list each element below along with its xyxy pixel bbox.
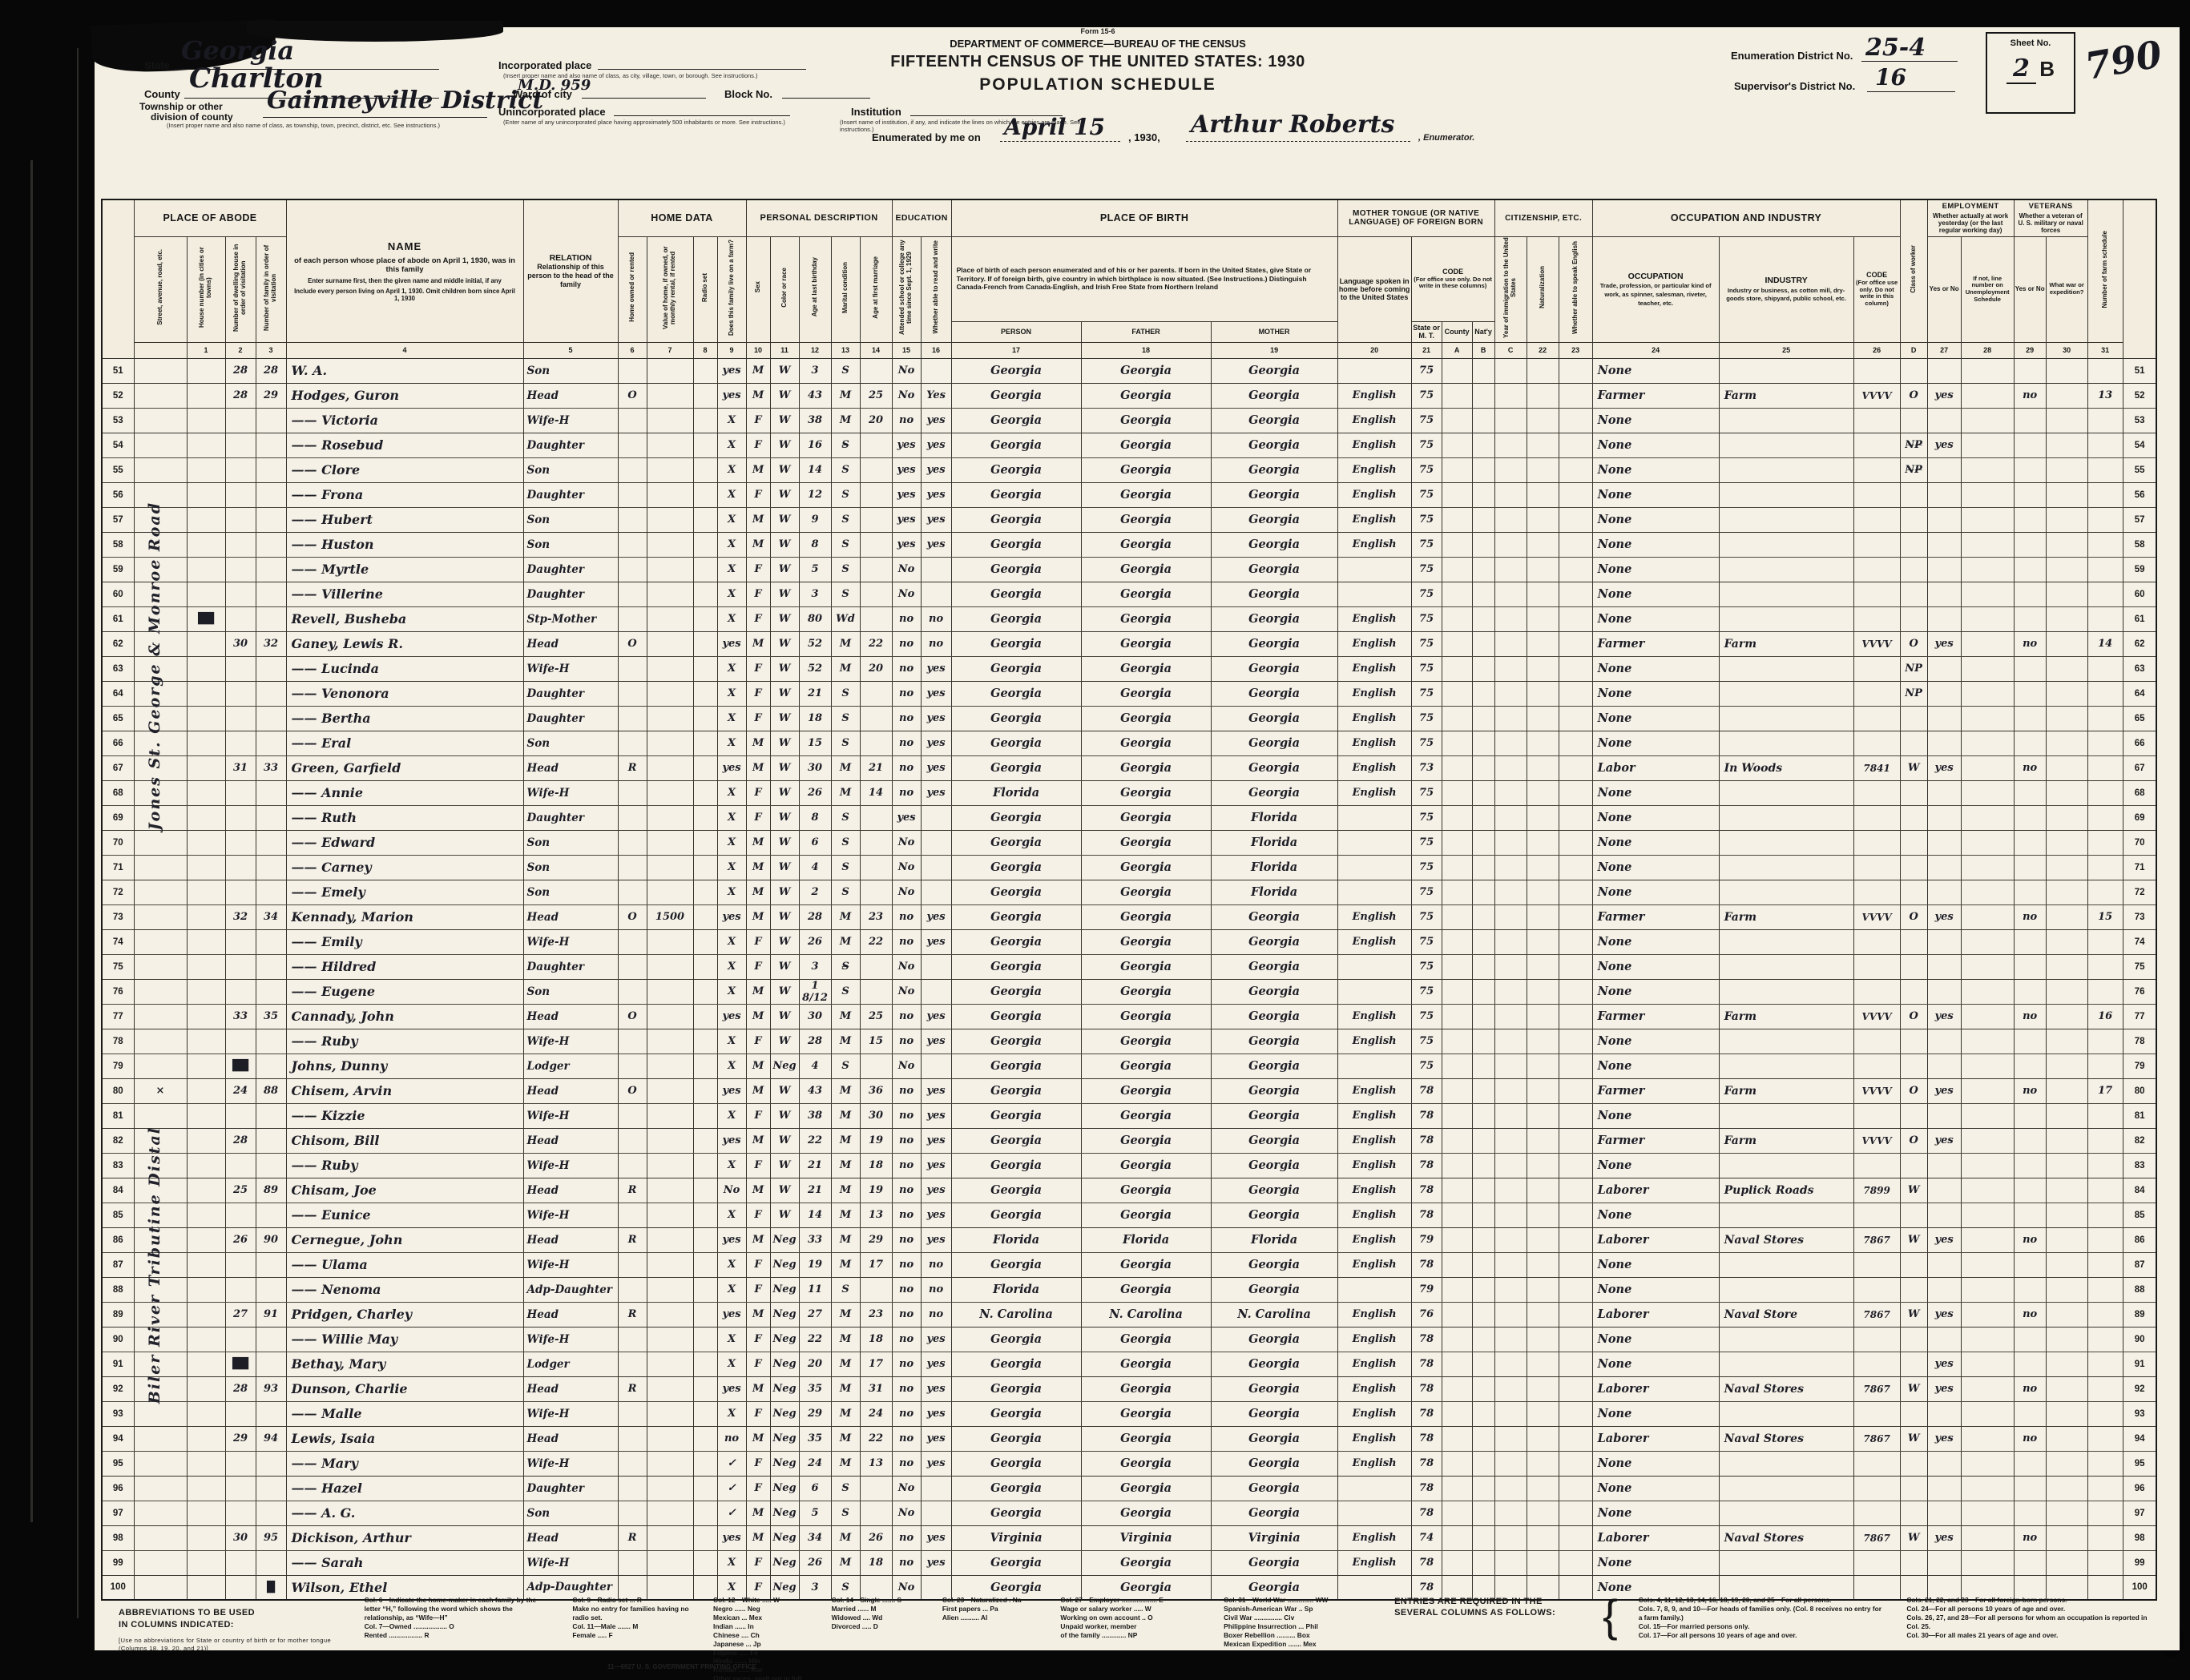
cell-read_write: yes (921, 433, 951, 457)
cell-code_b (1442, 1401, 1472, 1426)
cell-house_no (187, 780, 225, 805)
cell-age_married (860, 1054, 892, 1078)
cell-at_work (1927, 979, 1961, 1004)
cell-age: 80 (799, 606, 831, 631)
cell-farm: X (717, 954, 746, 979)
cell-war (2046, 408, 2087, 433)
cell-age: 12 (799, 482, 831, 507)
line-number: 58 (102, 532, 134, 557)
cell-age_married (860, 954, 892, 979)
cell-farm_schedule: 16 (2087, 1004, 2123, 1029)
line-number: 70 (102, 830, 134, 855)
cell-industry (1719, 482, 1853, 507)
cell-age_married: 22 (860, 1426, 892, 1451)
cell-name: —— Emely (286, 880, 523, 904)
cell-worker_class (1900, 1252, 1927, 1277)
cell-dwelling_no (225, 1153, 256, 1178)
cell-war (2046, 1376, 2087, 1401)
cell-age: 24 (799, 1451, 831, 1476)
cell-industry (1719, 606, 1853, 631)
cell-birth_father: Georgia (1081, 457, 1211, 482)
cell-dwelling_no (225, 1029, 256, 1054)
code-abc-header: CODE (For office use only. Do not write … (1411, 236, 1494, 321)
line-number: 51 (102, 358, 134, 383)
cell-race: Neg (770, 1352, 799, 1376)
cell-farm: X (717, 507, 746, 532)
cell-code_c (1472, 557, 1494, 582)
cell-birth_mother: Georgia (1211, 1277, 1337, 1302)
line-number: 54 (102, 433, 134, 457)
cell-at_work (1927, 482, 1961, 507)
cell-imm_year (1494, 1352, 1527, 1376)
cell-marital: S̶ (831, 954, 860, 979)
enumerator-suffix: , Enumerator. (1418, 133, 1474, 143)
cell-war (2046, 1550, 2087, 1575)
cell-speaks_english (1559, 1203, 1592, 1227)
cell-race: W (770, 780, 799, 805)
cell-marital: S̶ (831, 433, 860, 457)
cell-code_b (1442, 1327, 1472, 1352)
col-3-header: Number of dwelling house in order of vis… (225, 236, 256, 342)
cell-birth_person: Georgia (951, 433, 1081, 457)
cell-family_no: 91 (256, 1302, 286, 1327)
cell-worker_class (1900, 979, 1927, 1004)
cell-age_married: 36 (860, 1078, 892, 1103)
cell-unemp_line (1961, 830, 2014, 855)
cell-language: English (1337, 706, 1411, 731)
cell-farm_schedule (2087, 408, 2123, 433)
cell-owned (618, 1277, 647, 1302)
cell-relation: Lodger (523, 1352, 618, 1376)
cell-speaks_english (1559, 457, 1592, 482)
cell-worker_class (1900, 606, 1927, 631)
cell-war (2046, 1501, 2087, 1525)
cell-dwelling_no (225, 1327, 256, 1352)
cell-occupation: None (1592, 507, 1719, 532)
name-line2: Enter surname first, then the given name… (293, 277, 517, 284)
cell-age: 21 (799, 1153, 831, 1178)
cell-relation: Daughter (523, 706, 618, 731)
cell-code_b (1442, 457, 1472, 482)
cell-sex: M (746, 1525, 770, 1550)
cell-school: no (892, 1203, 921, 1227)
cell-occupation: None (1592, 706, 1719, 731)
cell-name: —— Edward (286, 830, 523, 855)
cell-sex: M (746, 880, 770, 904)
cell-street (134, 457, 187, 482)
cell-imm_year (1494, 1302, 1527, 1327)
cell-speaks_english (1559, 681, 1592, 706)
cell-owned (618, 1550, 647, 1575)
cell-code_b (1442, 780, 1472, 805)
cell-read_write (921, 954, 951, 979)
line-number: 60 (2123, 582, 2156, 606)
cell-name: —— Mary (286, 1451, 523, 1476)
cell-veteran: no (2014, 1302, 2046, 1327)
line-number: 81 (102, 1103, 134, 1128)
occupation-sub: Trade, profession, or particular kind of… (1600, 282, 1712, 307)
cell-worker_class (1900, 482, 1927, 507)
cell-dwelling_no: 27 (225, 1302, 256, 1327)
cell-house_no (187, 532, 225, 557)
cell-school: no (892, 1376, 921, 1401)
cell-owned (618, 656, 647, 681)
table-row: 97—— A. G.Son✓MNeg5SNoGeorgiaGeorgiaGeor… (102, 1501, 2156, 1525)
cell-industry (1719, 1153, 1853, 1178)
cell-language (1337, 954, 1411, 979)
cell-home_value (647, 1227, 693, 1252)
cell-home_value (647, 780, 693, 805)
cell-age_married (860, 532, 892, 557)
cell-age: 43 (799, 383, 831, 408)
cell-occupation: None (1592, 731, 1719, 755)
cell-naturalization (1527, 1352, 1559, 1376)
cell-radio (693, 1178, 717, 1203)
cell-marital: S (831, 1501, 860, 1525)
cell-language: English (1337, 1004, 1411, 1029)
cell-marital: M (831, 1252, 860, 1277)
cell-birth_person: Georgia (951, 855, 1081, 880)
cell-war (2046, 482, 2087, 507)
cell-at_work (1927, 582, 1961, 606)
cell-code_a: 75 (1411, 731, 1442, 755)
cell-birth_father: Georgia (1081, 358, 1211, 383)
cell-occupation: Farmer (1592, 1004, 1719, 1029)
cell-unemp_line (1961, 606, 2014, 631)
cell-at_work (1927, 1203, 1961, 1227)
cell-imm_year (1494, 408, 1527, 433)
cell-relation: Adp-Daughter (523, 1277, 618, 1302)
cell-age: 8 (799, 805, 831, 830)
col-number: 12 (799, 342, 831, 358)
cell-owned (618, 433, 647, 457)
cell-relation: Son (523, 457, 618, 482)
cell-code_c (1472, 880, 1494, 904)
cell-name: —— Victoria (286, 408, 523, 433)
cell-code_a: 75 (1411, 631, 1442, 656)
cell-veteran: no (2014, 1376, 2046, 1401)
cell-race: Neg (770, 1327, 799, 1352)
abbrev-title: ABBREVIATIONS TO BE USED IN COLUMNS INDI… (119, 1608, 255, 1629)
cell-naturalization (1527, 656, 1559, 681)
cell-at_work: yes (1927, 1525, 1961, 1550)
col-21-header: Language spoken in home before coming to… (1337, 236, 1411, 342)
cell-industry: Naval Stores (1719, 1525, 1853, 1550)
cell-relation: Wife-H (523, 929, 618, 954)
cell-age: 28 (799, 904, 831, 929)
cell-race: W (770, 1004, 799, 1029)
cell-age: 34 (799, 1525, 831, 1550)
cell-farm_schedule (2087, 855, 2123, 880)
cell-industry: Naval Stores (1719, 1426, 1853, 1451)
cell-age: 35 (799, 1426, 831, 1451)
cell-home_value (647, 1352, 693, 1376)
cell-farm_schedule: 15 (2087, 904, 2123, 929)
cell-family_no (256, 1054, 286, 1078)
cell-sex: F (746, 1352, 770, 1376)
cell-house_no (187, 1277, 225, 1302)
cell-code_b (1442, 1252, 1472, 1277)
cell-owned (618, 731, 647, 755)
abbrev-col14: Col. 14—Single ....... S Married ...... … (832, 1596, 922, 1631)
cell-radio (693, 1401, 717, 1426)
cell-code_c (1472, 1550, 1494, 1575)
cell-imm_year (1494, 780, 1527, 805)
cell-street (134, 383, 187, 408)
cell-dwelling_no: 30 (225, 631, 256, 656)
cell-code_d: 7867 (1853, 1227, 1900, 1252)
cell-naturalization (1527, 1078, 1559, 1103)
col-number: 20 (1337, 342, 1411, 358)
street-margin-note-lower: Biler River Tributine Distal (138, 1126, 171, 1591)
cell-radio (693, 1501, 717, 1525)
cell-war (2046, 358, 2087, 383)
col-number: 6 (618, 342, 647, 358)
cell-industry (1719, 979, 1853, 1004)
line-number: 97 (2123, 1501, 2156, 1525)
cell-school: no (892, 755, 921, 780)
cell-relation: Head (523, 1128, 618, 1153)
cell-naturalization (1527, 582, 1559, 606)
cell-age: 38 (799, 408, 831, 433)
cell-dwelling_no (225, 1451, 256, 1476)
cell-war (2046, 1302, 2087, 1327)
cell-dwelling_no: 33 (225, 1004, 256, 1029)
cell-birth_mother: Georgia (1211, 532, 1337, 557)
cell-industry: Naval Stores (1719, 1227, 1853, 1252)
cell-at_work: yes (1927, 383, 1961, 408)
cell-language: English (1337, 408, 1411, 433)
cell-house_no (187, 755, 225, 780)
cell-farm_schedule (2087, 1550, 2123, 1575)
cell-occupation: None (1592, 1401, 1719, 1426)
rule (263, 117, 487, 118)
col-number: D (1900, 342, 1927, 358)
cell-age_married (860, 457, 892, 482)
col-9-label: Radio set (702, 273, 709, 302)
cell-school: no (892, 1550, 921, 1575)
cell-age: 18 (799, 706, 831, 731)
cell-speaks_english (1559, 880, 1592, 904)
state-label: State (144, 59, 170, 71)
line-number: 60 (102, 582, 134, 606)
table-row: 983095Dickison, ArthurHeadRyesMNeg34M26n… (102, 1525, 2156, 1550)
cell-birth_person: Florida (951, 1227, 1081, 1252)
cell-marital: S (831, 1054, 860, 1078)
cell-unemp_line (1961, 557, 2014, 582)
name-line1: of each person whose place of abode on A… (293, 256, 517, 274)
cell-marital: S (831, 482, 860, 507)
cell-farm: X (717, 1103, 746, 1128)
cell-family_no (256, 482, 286, 507)
cell-naturalization (1527, 606, 1559, 631)
cell-birth_person: Georgia (951, 1352, 1081, 1376)
cell-read_write: yes (921, 1029, 951, 1054)
cell-dwelling_no: 30 (225, 1525, 256, 1550)
cell-occupation: None (1592, 1203, 1719, 1227)
group-education: EDUCATION (892, 199, 951, 236)
line-number: 94 (102, 1426, 134, 1451)
cell-code_d (1853, 979, 1900, 1004)
cell-read_write (921, 855, 951, 880)
cell-veteran (2014, 1103, 2046, 1128)
cell-race: W (770, 830, 799, 855)
cell-birth_father: Georgia (1081, 1004, 1211, 1029)
cell-imm_year (1494, 979, 1527, 1004)
cell-owned (618, 706, 647, 731)
code-d-title: CODE (1866, 271, 1887, 279)
cell-name: —— Hubert (286, 507, 523, 532)
cell-birth_person: Georgia (951, 706, 1081, 731)
abbrev-title-block: ABBREVIATIONS TO BE USED IN COLUMNS INDI… (119, 1596, 344, 1664)
cell-veteran (2014, 1352, 2046, 1376)
cell-industry (1719, 532, 1853, 557)
cell-relation: Wife-H (523, 656, 618, 681)
cell-occupation: None (1592, 1352, 1719, 1376)
cell-veteran (2014, 507, 2046, 532)
cell-code_b (1442, 1227, 1472, 1252)
table-row: 68—— AnnieWife-HXFW26M14noyesFloridaGeor… (102, 780, 2156, 805)
cell-farm: X (717, 582, 746, 606)
cell-race: Neg (770, 1550, 799, 1575)
cell-house_no (187, 1178, 225, 1203)
cell-name: —— Bertha (286, 706, 523, 731)
cell-sex: F (746, 681, 770, 706)
cell-sex: F (746, 1029, 770, 1054)
enumeration-district-label: Enumeration District No. (1731, 50, 1853, 62)
cell-name: —— Hildred (286, 954, 523, 979)
cell-occupation: Laborer (1592, 1525, 1719, 1550)
cell-read_write: yes (921, 681, 951, 706)
cell-unemp_line (1961, 1525, 2014, 1550)
cell-unemp_line (1961, 1029, 2014, 1054)
cell-veteran (2014, 1203, 2046, 1227)
cell-veteran (2014, 557, 2046, 582)
cell-home_value (647, 1004, 693, 1029)
cell-worker_class (1900, 1277, 1927, 1302)
cell-birth_father: Georgia (1081, 582, 1211, 606)
cell-at_work (1927, 408, 1961, 433)
cell-naturalization (1527, 1277, 1559, 1302)
cell-war (2046, 1128, 2087, 1153)
col-29-header: If not, line number on Unemployment Sche… (1961, 236, 2014, 342)
cell-age_married (860, 979, 892, 1004)
cell-at_work (1927, 929, 1961, 954)
cell-code_d (1853, 482, 1900, 507)
cell-code_a: 78 (1411, 1252, 1442, 1277)
cell-house_no (187, 433, 225, 457)
cell-worker_class: O (1900, 1128, 1927, 1153)
cell-code_a: 78 (1411, 1476, 1442, 1501)
cell-name: —— Malle (286, 1401, 523, 1426)
cell-marital: M (831, 1128, 860, 1153)
cell-name: —— A. G. (286, 1501, 523, 1525)
cell-radio (693, 557, 717, 582)
township-hint: (Insert proper name and also name of cla… (167, 122, 503, 129)
cell-language: English (1337, 1327, 1411, 1352)
cell-marital: S (831, 358, 860, 383)
cell-marital: S (831, 582, 860, 606)
cell-family_no: 32 (256, 631, 286, 656)
cell-marital: S (831, 805, 860, 830)
cell-home_value (647, 1277, 693, 1302)
cell-read_write (921, 979, 951, 1004)
col-number: 7 (647, 342, 693, 358)
cell-war (2046, 904, 2087, 929)
col-22-header: Year of immigration to the United States (1494, 236, 1527, 342)
cell-code_c (1472, 1128, 1494, 1153)
line-number: 66 (2123, 731, 2156, 755)
cell-code_d (1853, 1029, 1900, 1054)
cell-birth_mother: Georgia (1211, 358, 1337, 383)
group-place-of-abode: PLACE OF ABODE (134, 199, 286, 236)
veterans-sub: Whether a veteran of U. S. military or n… (2016, 212, 2086, 235)
cell-occupation: None (1592, 1252, 1719, 1277)
cell-code_d (1853, 1352, 1900, 1376)
cell-code_b (1442, 557, 1472, 582)
cell-dwelling_no (225, 954, 256, 979)
cell-birth_mother: Georgia (1211, 457, 1337, 482)
col-31-header: What war or expedition? (2046, 236, 2087, 342)
name-line3: Include every person living on April 1, … (293, 288, 517, 302)
col-number: 21 (1411, 342, 1442, 358)
cell-age_married: 19 (860, 1178, 892, 1203)
cell-dwelling_no (225, 606, 256, 631)
cell-code_a: 75 (1411, 507, 1442, 532)
cell-birth_mother: Georgia (1211, 1550, 1337, 1575)
cell-age_married: 13 (860, 1451, 892, 1476)
cell-birth_father: Georgia (1081, 904, 1211, 929)
cell-age: 5 (799, 557, 831, 582)
cell-radio (693, 780, 717, 805)
cell-relation: Head (523, 1426, 618, 1451)
cell-house_no (187, 979, 225, 1004)
cell-code_b (1442, 1153, 1472, 1178)
table-row: 623032Ganey, Lewis R.HeadOyesMW52M22nono… (102, 631, 2156, 656)
cell-speaks_english (1559, 1252, 1592, 1277)
col-c-header: Nat'y (1472, 321, 1494, 342)
cell-sex: F (746, 1153, 770, 1178)
entries-brace: { (1603, 1596, 1618, 1636)
group-personal-description: PERSONAL DESCRIPTION (746, 199, 892, 236)
cell-name: —— Ruth (286, 805, 523, 830)
cell-naturalization (1527, 706, 1559, 731)
line-number: 78 (102, 1029, 134, 1054)
cell-age_married (860, 805, 892, 830)
cell-dwelling_no (225, 880, 256, 904)
col-2-header: House number (in cities or towns) (187, 236, 225, 342)
line-number: 68 (102, 780, 134, 805)
cell-code_d: 7867 (1853, 1376, 1900, 1401)
cell-house_no (187, 358, 225, 383)
table-row: 862690Cernegue, JohnHeadRyesMNeg33M29noy… (102, 1227, 2156, 1252)
cell-name: —— Villerine (286, 582, 523, 606)
cell-house_no (187, 1078, 225, 1103)
cell-code_d (1853, 780, 1900, 805)
cell-age: 15 (799, 731, 831, 755)
scan-film-left (0, 0, 95, 1680)
table-row: 72—— EmelySonXMW2SNoGeorgiaGeorgiaFlorid… (102, 880, 2156, 904)
cell-birth_mother: Georgia (1211, 1078, 1337, 1103)
cell-war (2046, 383, 2087, 408)
cell-language (1337, 855, 1411, 880)
cell-age_married: 17 (860, 1352, 892, 1376)
line-number: 89 (102, 1302, 134, 1327)
cell-naturalization (1527, 482, 1559, 507)
cell-read_write: no (921, 606, 951, 631)
cell-owned: O (618, 631, 647, 656)
cell-speaks_english (1559, 830, 1592, 855)
